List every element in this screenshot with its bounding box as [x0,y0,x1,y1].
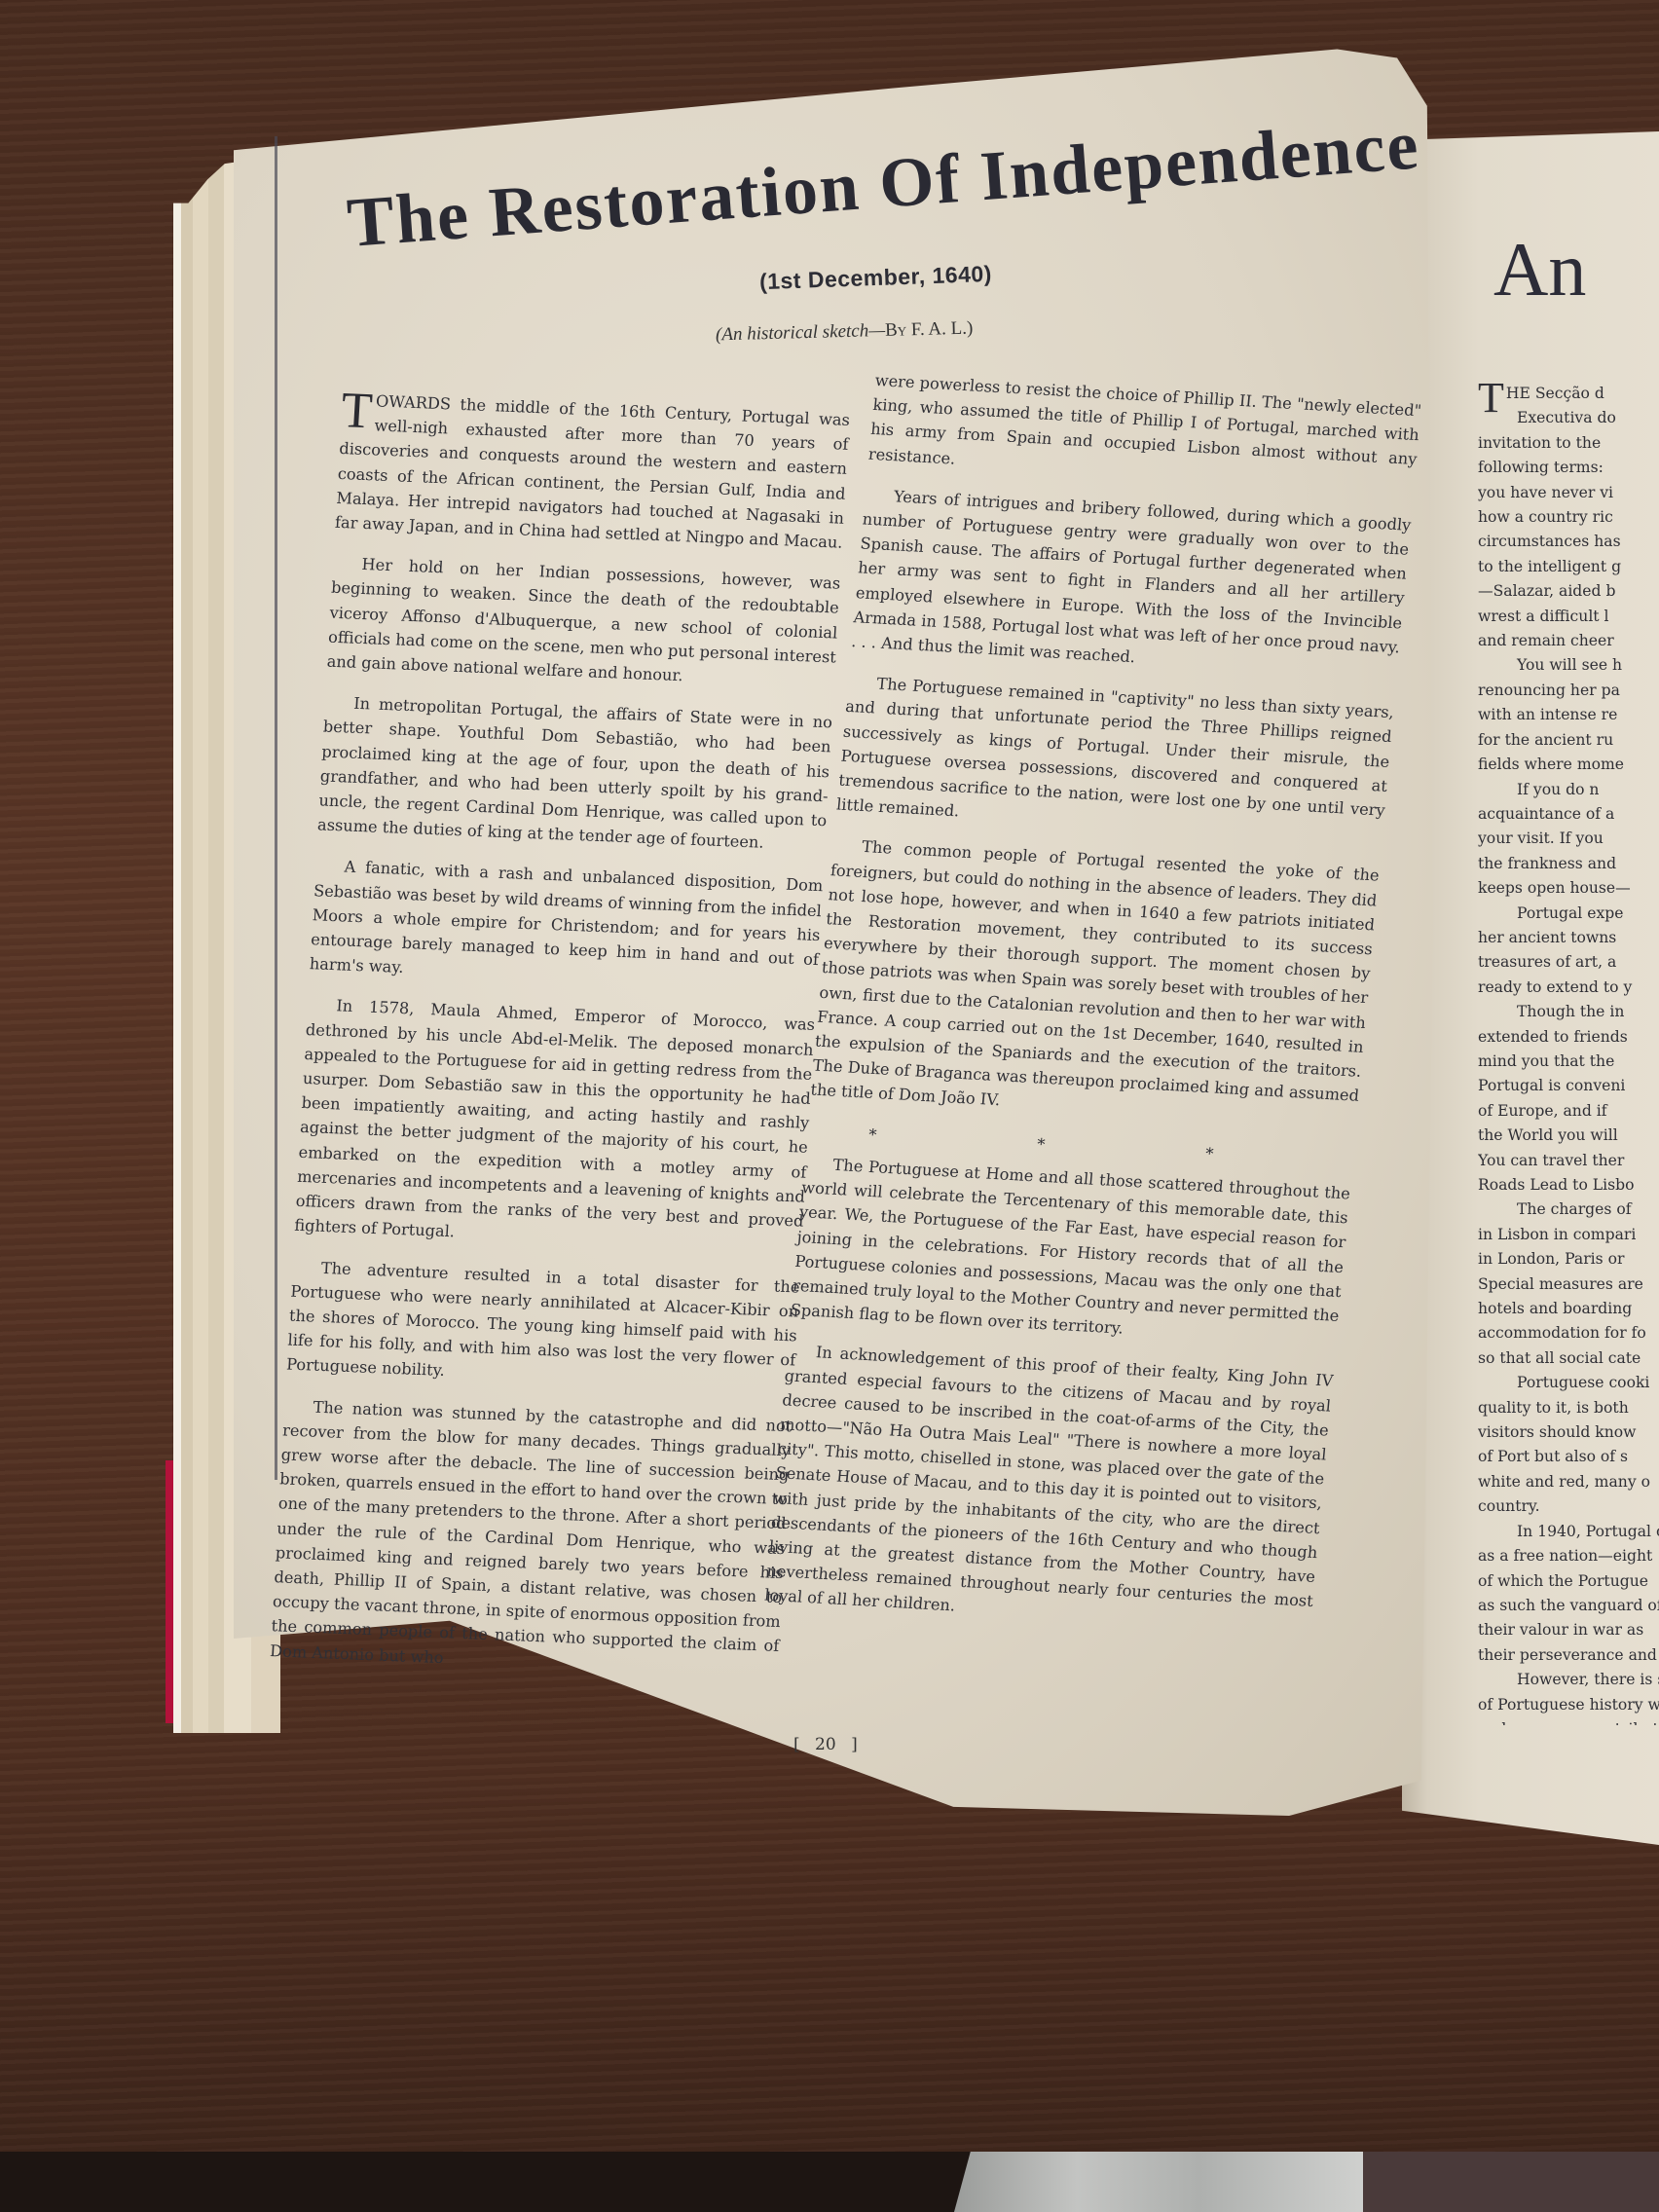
text-line: the World you will [1478,1124,1659,1148]
paragraph: TOWARDS the middle of the 16th Century, … [334,387,850,555]
drop-cap: T [340,391,373,431]
text-line: for the ancient ru [1478,728,1659,753]
text-line: white and red, many o [1478,1470,1659,1494]
text-line: and remain cheer [1478,629,1659,653]
article-date: (1st December, 1640) [759,261,993,295]
text-line: Portugal expe [1478,902,1659,926]
paragraph: In metropolitan Portugal, the affairs of… [316,690,832,858]
text-line: treasures of art, a [1478,950,1659,975]
text-line: mind you that the [1478,1050,1659,1074]
text-line: acquaintance of a [1478,802,1659,827]
left-column: TOWARDS the middle of the 16th Century, … [269,387,851,1700]
text-line: their perseverance and [1478,1643,1659,1668]
document: The Restoration Of Independence (1st Dec… [0,0,1659,2212]
paragraph: The Portuguese remained in "captivity" n… [835,670,1395,847]
text-line: If you do n [1478,778,1659,802]
text-line: their valour in war as [1478,1618,1659,1642]
drop-cap: T [1478,384,1504,413]
byline-author: By F. A. L.) [885,318,974,341]
text-line: fields where mome [1478,753,1659,777]
next-page-heading: An [1493,226,1586,313]
text-line: country. [1478,1494,1659,1519]
text-line: of Port but also of s [1478,1445,1659,1469]
text-line: so that all social cate [1478,1346,1659,1371]
text-line: Roads Lead to Lisbo [1478,1173,1659,1198]
text-line: quality to it, is both [1478,1396,1659,1420]
text-line: as a free nation—eight [1478,1544,1659,1568]
text-line: in London, Paris or [1478,1247,1659,1272]
text-line: and generous contributio [1478,1717,1659,1725]
text-line: —Salazar, aided b [1478,579,1659,604]
text-line: keeps open house— [1478,876,1659,901]
paragraph: The common people of Portugal resented t… [809,833,1380,1133]
text-line: to the intelligent g [1478,555,1659,579]
next-page-column: THE Secção dExecutiva doinvitation to th… [1478,382,1659,1725]
text-line: renouncing her pa [1478,679,1659,703]
text-line: Portuguese cooki [1478,1371,1659,1395]
paragraph: The adventure resulted in a total disast… [285,1254,800,1397]
text-line: her ancient towns [1478,926,1659,950]
paragraph: were powerless to resist the choice of P… [867,368,1422,497]
text-line: of Europe, and if [1478,1099,1659,1124]
text-line: In 1940, Portugal c [1478,1520,1659,1544]
text-line: your visit. If you [1478,827,1659,851]
text-line: ready to extend to y [1478,976,1659,1000]
text-line: Though the in [1478,1000,1659,1024]
text-line: Portugal is conveni [1478,1074,1659,1098]
text-line: extended to friends [1478,1025,1659,1050]
text-line: THE Secção d [1478,382,1659,406]
paragraph: Her hold on her Indian possessions, howe… [326,551,841,694]
text-line: of which the Portugue [1478,1569,1659,1594]
paragraph: A fanatic, with a rash and unbalanced di… [309,854,824,997]
paragraph: The nation was stunned by the catastroph… [269,1393,793,1683]
text-line: following terms: [1478,456,1659,480]
paragraph: The Portuguese at Home and all those sca… [790,1151,1351,1352]
text-line: in Lisbon in compari [1478,1223,1659,1247]
text-line: Special measures are [1478,1272,1659,1297]
text-line: the frankness and [1478,852,1659,876]
text-line: visitors should know [1478,1420,1659,1445]
text-line: However, there is s [1478,1668,1659,1692]
text-line: hotels and boarding [1478,1297,1659,1321]
article-title: The Restoration Of Independence [345,104,1428,264]
page-number: [ 20 ] [793,1735,858,1754]
byline-description: (An historical sketch— [716,320,886,346]
text-line: accommodation for fo [1478,1321,1659,1346]
text-line: Executiva do [1478,406,1659,430]
text-line: You can travel ther [1478,1149,1659,1173]
paragraph: In acknowledgement of this proof of thei… [763,1339,1334,1639]
paragraph: In 1578, Maula Ahmed, Emperor of Morocco… [294,993,816,1259]
byline: (An historical sketch—By F. A. L.) [716,318,974,347]
text-line: of Portuguese history w [1478,1693,1659,1717]
text-line: You will see h [1478,653,1659,678]
text-line: wrest a difficult l [1478,605,1659,629]
text-line: as such the vanguard of [1478,1594,1659,1618]
text-line: you have never vi [1478,481,1659,505]
paragraph: Years of intrigues and bribery followed,… [850,482,1412,683]
right-column: were powerless to resist the choice of P… [762,368,1423,1654]
text-line: The charges of [1478,1198,1659,1222]
text-line: how a country ric [1478,505,1659,530]
text-line: with an intense re [1478,703,1659,727]
text-line: circumstances has [1478,530,1659,554]
text-line: invitation to the [1478,431,1659,456]
